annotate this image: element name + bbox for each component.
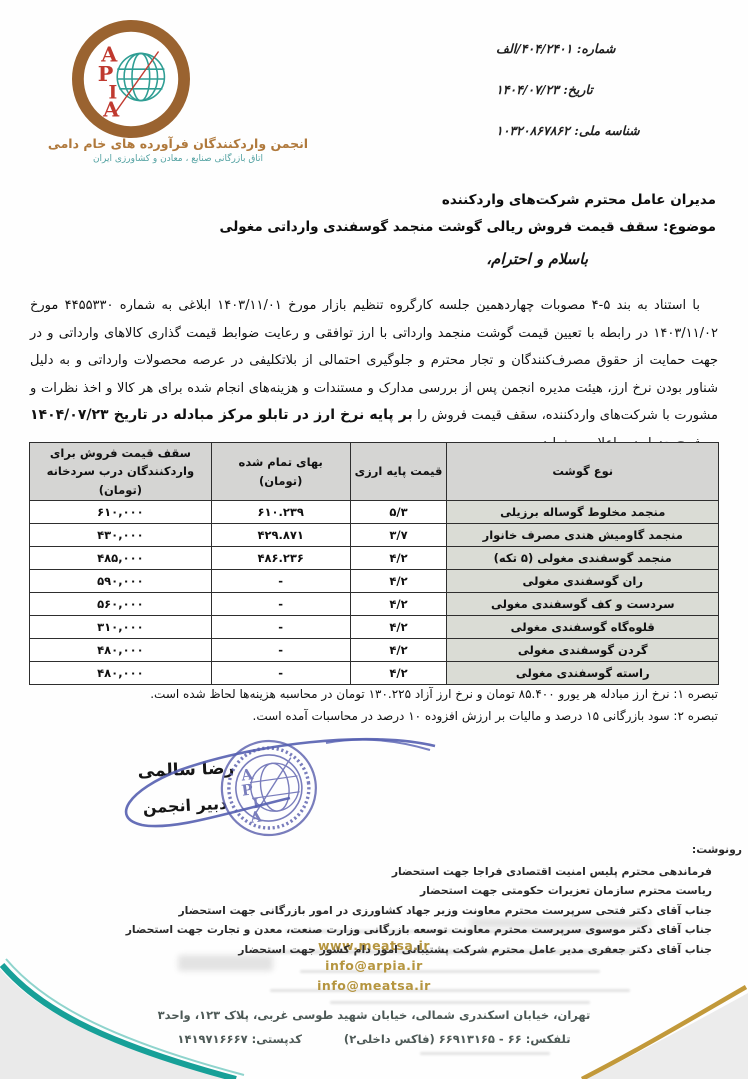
cell-cost-price: - <box>211 639 350 662</box>
table-row: راسته گوسفندی مغولی ۴/۲ - ۴۸۰,۰۰۰ <box>30 662 719 685</box>
cell-base-price: ۴/۲ <box>350 547 447 570</box>
cell-cost-price: ۴۲۹.۸۷۱ <box>211 524 350 547</box>
scan-noise <box>420 1052 550 1055</box>
cell-base-price: ۴/۲ <box>350 662 447 685</box>
org-subtitle: اتاق بازرگانی صنایع ، معادن و کشاورزی ای… <box>26 154 330 164</box>
cc-label: رونوشت: <box>42 840 742 860</box>
scan-noise <box>330 1001 590 1004</box>
cell-sale-cap: ۵۶۰,۰۰۰ <box>30 593 212 616</box>
cell-cost-price: - <box>211 662 350 685</box>
letter-body: با استناد به بند ۵-۴ مصوبات چهاردهمین جل… <box>30 292 718 457</box>
body-text-bold: بر پایه نرخ ارز در تابلو مرکز مبادله در … <box>30 407 413 423</box>
cc-item: جناب آقای دکتر موسوی سرپرست محترم معاونت… <box>42 920 742 940</box>
body-text-1: با استناد به بند ۵-۴ مصوبات چهاردهمین جل… <box>30 298 718 423</box>
email-address: info@meatsa.ir <box>0 978 748 993</box>
cell-sale-cap: ۴۸۵,۰۰۰ <box>30 547 212 570</box>
table-row: منجمد گاومیش هندی مصرف خانوار ۳/۷ ۴۲۹.۸۷… <box>30 524 719 547</box>
email-address: info@arpia.ir <box>0 958 748 973</box>
cell-meat-type: منجمد گوسفندی مغولی (۵ تکه) <box>447 547 719 570</box>
table-row: منجمد مخلوط گوساله برزیلی ۵/۳ ۶۱۰.۲۳۹ ۶۱… <box>30 501 719 524</box>
header-cost-price: بهای تمام شده (تومان) <box>211 443 350 501</box>
table-header-row: نوع گوشت قیمت پایه ارزی بهای تمام شده (ت… <box>30 443 719 501</box>
header-base-price: قیمت پایه ارزی <box>350 443 447 501</box>
table-row: قلوه‌گاه گوسفندی مغولی ۴/۲ - ۳۱۰,۰۰۰ <box>30 616 719 639</box>
cell-sale-cap: ۴۳۰,۰۰۰ <box>30 524 212 547</box>
salutation: باسلام و احترام، <box>486 250 588 268</box>
letter-number: شماره: ۴۰۴/۲۴۰۱/الف <box>496 28 736 69</box>
national-id: شناسه ملی: ۱۰۳۲۰۸۶۷۸۶۲ <box>496 110 736 151</box>
cell-cost-price: - <box>211 570 350 593</box>
cell-meat-type: سردست و کف گوسفندی مغولی <box>447 593 719 616</box>
svg-text:THE ANIMAL PRODUCTS IMPORTERS: THE ANIMAL PRODUCTS IMPORTERS ASSOCIATIO… <box>72 20 76 22</box>
table-row: منجمد گوسفندی مغولی (۵ تکه) ۴/۲ ۴۸۶.۲۳۶ … <box>30 547 719 570</box>
cell-meat-type: ران گوسفندی مغولی <box>447 570 719 593</box>
cc-item: جناب آقای دکتر فتحی سرپرست محترم معاونت … <box>42 901 742 921</box>
cc-item: جناب آقای دکتر جعفری مدیر عامل محترم شرک… <box>42 940 742 960</box>
cell-meat-type: منجمد گاومیش هندی مصرف خانوار <box>447 524 719 547</box>
table-row: سردست و کف گوسفندی مغولی ۴/۲ - ۵۶۰,۰۰۰ <box>30 593 719 616</box>
price-table: نوع گوشت قیمت پایه ارزی بهای تمام شده (ت… <box>29 442 719 685</box>
cell-base-price: ۳/۷ <box>350 524 447 547</box>
footer-address: تهران، خیابان اسکندری شمالی، خیابان شهید… <box>0 1008 748 1022</box>
letter-page: THE ANIMAL PRODUCTS IMPORTERS ASSOCIATIO… <box>0 0 748 1079</box>
cell-meat-type: قلوه‌گاه گوسفندی مغولی <box>447 616 719 639</box>
header-meat-type: نوع گوشت <box>447 443 719 501</box>
cell-base-price: ۵/۳ <box>350 501 447 524</box>
cell-base-price: ۴/۲ <box>350 570 447 593</box>
handwritten-signature-icon <box>58 726 440 838</box>
letter-meta: شماره: ۴۰۴/۲۴۰۱/الف تاریخ: ۱۴۰۴/۰۷/۲۳ شن… <box>496 28 736 151</box>
cell-meat-type: منجمد مخلوط گوساله برزیلی <box>447 501 719 524</box>
cell-sale-cap: ۴۸۰,۰۰۰ <box>30 662 212 685</box>
cc-item: ریاست محترم سازمان تعزیرات حکومتی جهت اس… <box>42 881 742 901</box>
subject-line: موضوع: سقف قیمت فروش ریالی گوشت منجمد گو… <box>220 219 716 235</box>
cell-meat-type: گردن گوسفندی مغولی <box>447 639 719 662</box>
cell-cost-price: ۴۸۶.۲۳۶ <box>211 547 350 570</box>
cell-cost-price: - <box>211 616 350 639</box>
apia-logo: THE ANIMAL PRODUCTS IMPORTERS ASSOCIATIO… <box>72 20 190 138</box>
table-row: گردن گوسفندی مغولی ۴/۲ - ۴۸۰,۰۰۰ <box>30 639 719 662</box>
cell-cost-price: - <box>211 593 350 616</box>
note-1: تبصره ۱: نرخ ارز مبادله هر یورو ۸۵.۴۰۰ ت… <box>30 683 718 705</box>
cell-sale-cap: ۶۱۰,۰۰۰ <box>30 501 212 524</box>
cell-sale-cap: ۴۸۰,۰۰۰ <box>30 639 212 662</box>
cc-item: فرماندهی محترم پلیس امنیت اقتصادی فراجا … <box>42 862 742 882</box>
letter-date: تاریخ: ۱۴۰۴/۰۷/۲۳ <box>496 69 736 110</box>
footer-contact-line: تلفکس: ۶۶ - ۶۶۹۱۳۱۶۵ (فاکس داخلی۲)کدپستی… <box>0 1032 748 1046</box>
recipient-line: مدیران عامل محترم شرکت‌های واردکننده <box>442 192 716 208</box>
cell-base-price: ۴/۲ <box>350 616 447 639</box>
footer-telefax: تلفکس: ۶۶ - ۶۶۹۱۳۱۶۵ (فاکس داخلی۲) <box>344 1032 571 1046</box>
footer-postal-code: کدپستی: ۱۴۱۹۷۱۶۶۶۷ <box>177 1032 302 1046</box>
cell-sale-cap: ۵۹۰,۰۰۰ <box>30 570 212 593</box>
cc-block: رونوشت: فرماندهی محترم پلیس امنیت اقتصاد… <box>42 840 742 959</box>
cell-base-price: ۴/۲ <box>350 593 447 616</box>
header-sale-cap: سقف قیمت فروش برای واردکنندگان درب سردخا… <box>30 443 212 501</box>
cell-meat-type: راسته گوسفندی مغولی <box>447 662 719 685</box>
notes-block: تبصره ۱: نرخ ارز مبادله هر یورو ۸۵.۴۰۰ ت… <box>30 683 718 727</box>
cell-sale-cap: ۳۱۰,۰۰۰ <box>30 616 212 639</box>
note-2: تبصره ۲: سود بازرگانی ۱۵ درصد و مالیات ب… <box>30 705 718 727</box>
org-name: انجمن واردکنندگان فرآورده های خام دامی <box>26 136 330 151</box>
cell-cost-price: ۶۱۰.۲۳۹ <box>211 501 350 524</box>
table-row: ران گوسفندی مغولی ۴/۲ - ۵۹۰,۰۰۰ <box>30 570 719 593</box>
cell-base-price: ۴/۲ <box>350 639 447 662</box>
